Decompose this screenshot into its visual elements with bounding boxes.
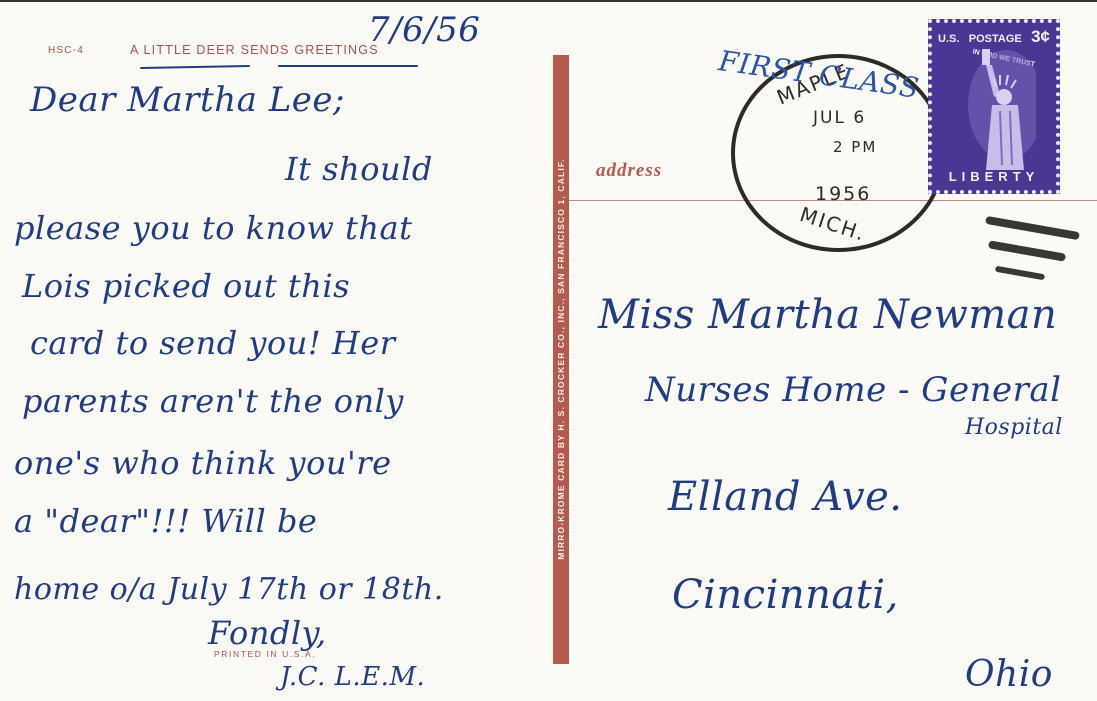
message-line-2: please you to know that: [14, 209, 412, 247]
recipient-state: Ohio: [965, 654, 1053, 695]
publisher-credit: MIRRO-KROME CARD BY H. S. CROCKER CO., I…: [556, 158, 566, 560]
postcard-back: HSC-4 A LITTLE DEER SENDS GREETINGS 7/6/…: [0, 0, 1097, 701]
statue-of-liberty-icon: [966, 45, 1036, 170]
ink-underline: [278, 65, 418, 67]
message-line-8: home o/a July 17th or 18th.: [14, 572, 444, 607]
postmark-date: JUL 6: [813, 108, 866, 128]
message-line-3: Lois picked out this: [22, 267, 350, 305]
message-line-6: one's who think you're: [14, 444, 392, 482]
recipient-street: Elland Ave.: [668, 474, 902, 520]
stamp-country: U.S.: [938, 33, 959, 45]
postmark-state: MICH.: [797, 202, 869, 246]
cancellation-bar: [985, 216, 1080, 240]
postmark-time: 2 PM: [833, 138, 877, 156]
message-line-5: parents aren't the only: [22, 382, 404, 420]
stamp-value: 3¢: [1031, 27, 1050, 47]
card-title: A LITTLE DEER SENDS GREETINGS: [130, 43, 379, 57]
card-code: HSC-4: [48, 45, 84, 56]
cancellation-bar: [988, 240, 1066, 261]
cancellation-bar: [995, 266, 1045, 281]
stamp-header: U.S. POSTAGE 3¢: [938, 27, 1050, 47]
handwritten-date: 7/6/56: [368, 10, 480, 50]
stamp-name: LIBERTY: [932, 169, 1056, 184]
salutation: Dear Martha Lee;: [30, 80, 345, 120]
recipient-line-1b: Hospital: [965, 415, 1063, 440]
signature: J.C. L.E.M.: [280, 662, 425, 692]
address-label: address: [596, 160, 662, 182]
recipient-name: Miss Martha Newman: [598, 292, 1057, 338]
message-line-1: It should: [285, 150, 433, 188]
ink-underline: [140, 65, 250, 69]
liberty-stamp: U.S. POSTAGE 3¢ IN GOD WE TRUST LIBERTY: [928, 19, 1060, 194]
recipient-line-1: Nurses Home - General: [645, 370, 1062, 410]
message-line-7: a "dear"!!! Will be: [14, 502, 317, 540]
closing: Fondly,: [208, 614, 327, 652]
stamp-label: POSTAGE: [969, 33, 1022, 45]
printed-in-usa: PRINTED IN U.S.A.: [214, 649, 316, 659]
recipient-city: Cincinnati,: [672, 572, 899, 618]
postmark-year: 1956: [815, 183, 871, 205]
message-line-4: card to send you! Her: [30, 324, 396, 362]
